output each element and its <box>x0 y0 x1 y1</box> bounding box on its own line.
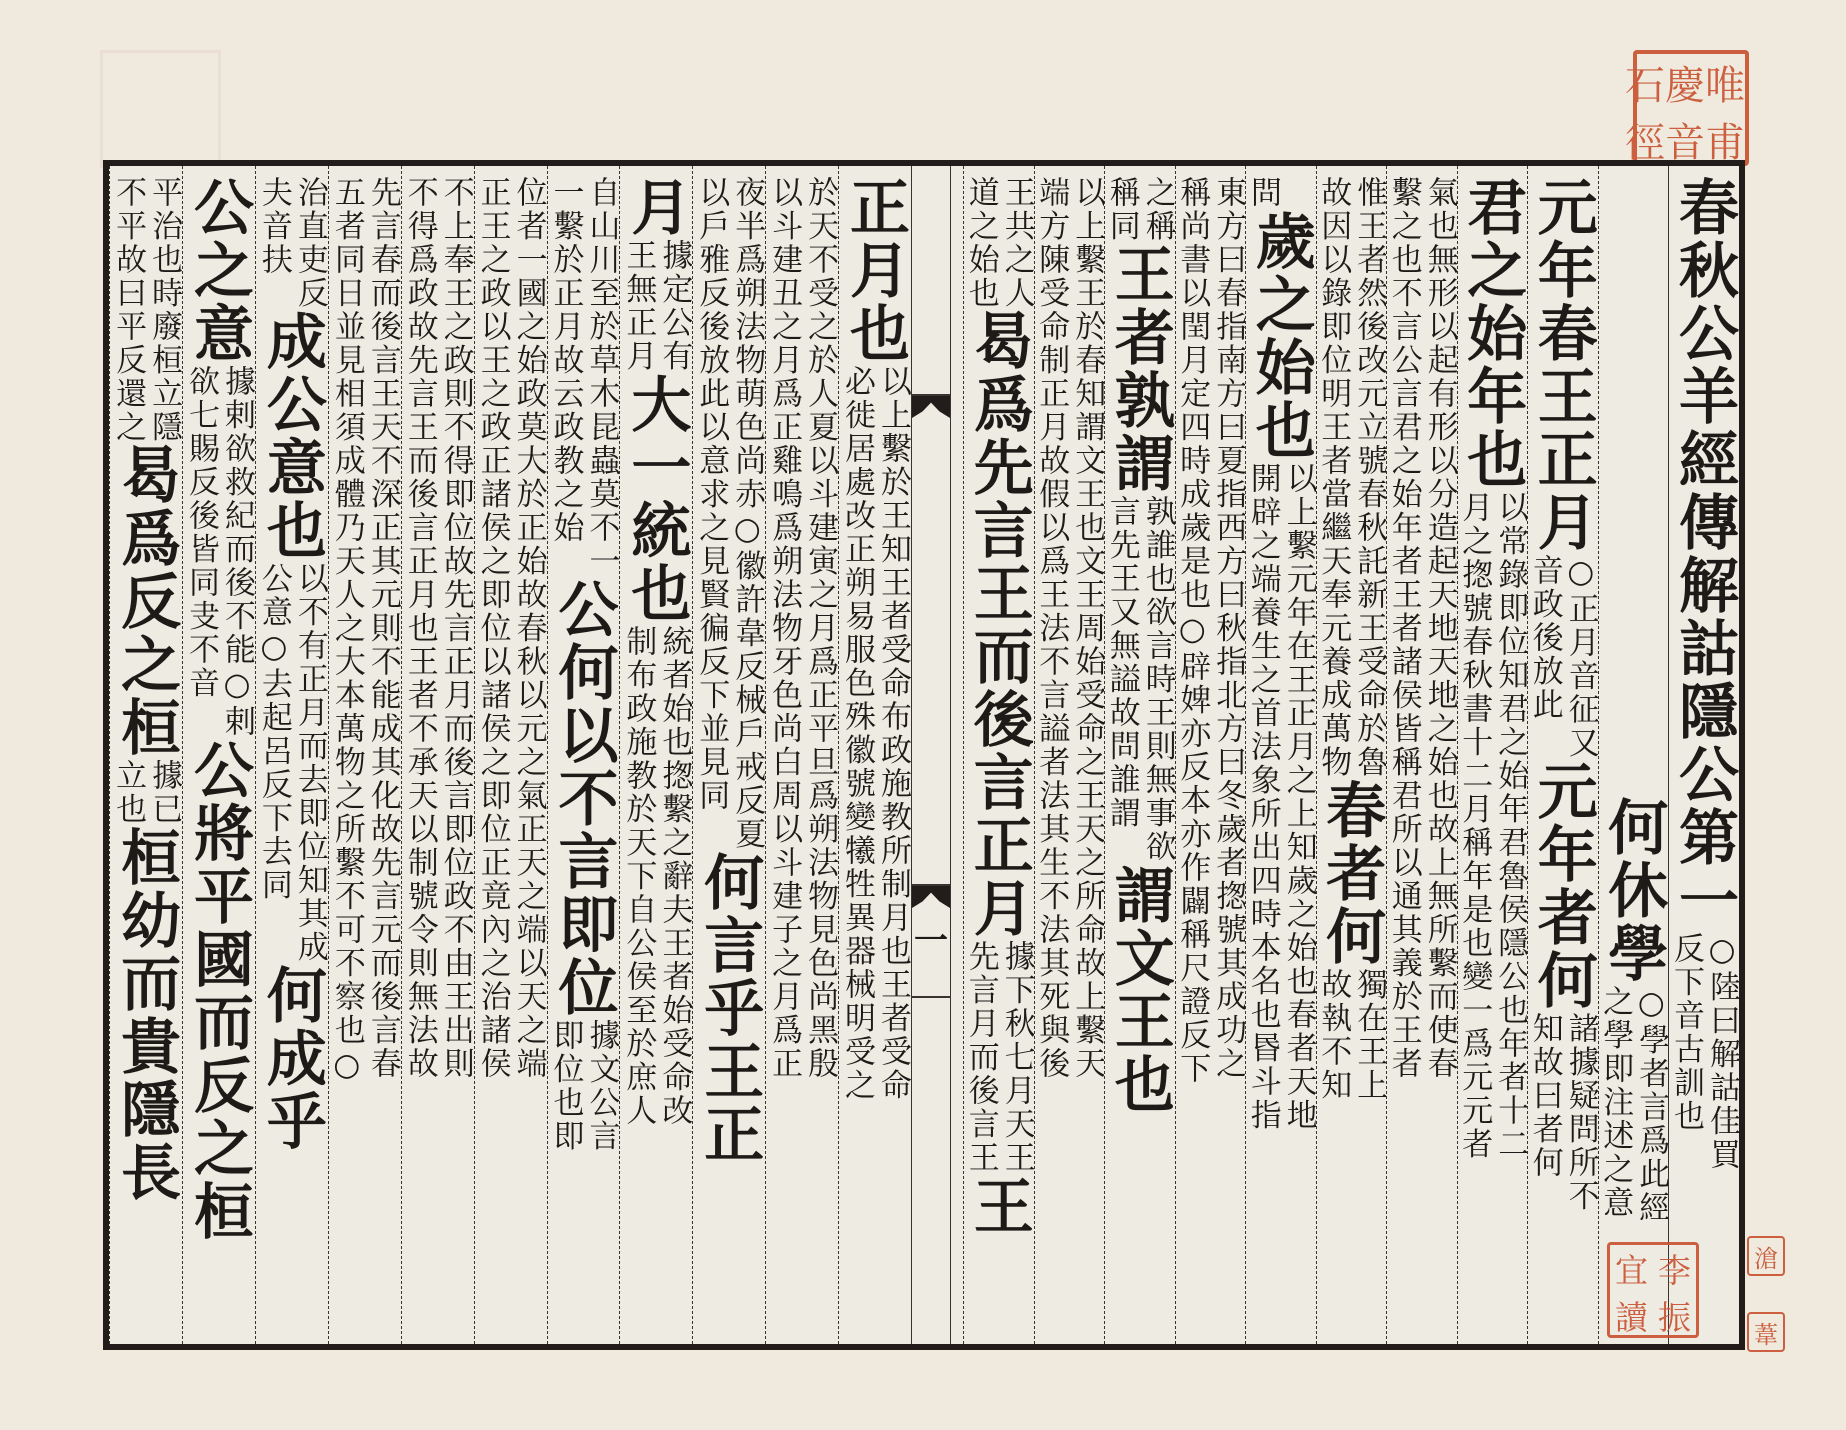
commentary-note: 東方曰春指南方曰夏指西方曰秋指北方曰冬歲者揔號其成功之稱尚書以閏月定四時成歲是也… <box>1176 176 1246 1086</box>
commentary-line: 知故曰者何 <box>1528 1012 1562 1213</box>
text-column: 元年春王正月○正月音征又音政後放此元年者何諸據疑問所不知故曰者何 <box>1527 166 1598 1344</box>
main-text: 君之始年也 <box>1457 176 1527 491</box>
text-column: 月據定公有王無正月大一統也統者始也揔繫之辭夫王者始受命改制布政施教於天下自公侯至… <box>619 166 692 1344</box>
commentary-line: 東方曰春指南方曰夏指西方曰秋指北方曰冬歲者揔號其成功之 <box>1211 176 1245 1086</box>
commentary-line: 不得爲政故先言王而後言正月也王者不承天以制號令則無法故 <box>403 176 437 1081</box>
main-text: 王 <box>964 1175 1034 1238</box>
commentary-note: 諸據疑問所不知故曰者何 <box>1528 1012 1598 1213</box>
small-seal-lower: 葦 <box>1747 1312 1785 1352</box>
commentary-note: 以上繫王於春知謂文王也文王周始受命之王天之所命故上繫天端方陳受命制正月故假以爲王… <box>1035 176 1105 1081</box>
commentary-line: 故因以錄即位明王者當繼天奉元養成萬物 <box>1316 176 1350 779</box>
commentary-line: 之學即注述之意 <box>1598 985 1632 1225</box>
text-column: 平治也時廢桓立隱不平故曰平反還之曷爲反之桓據已立也桓幼而貴隱長 <box>109 166 182 1344</box>
text-column: 於天不受之於人夏以斗建寅之月爲正平旦爲朔法物見色尚黑殷以斗建丑之月爲正雞鳴爲朔法… <box>765 166 838 1344</box>
commentary-note: 據定公有王無正月 <box>620 239 692 373</box>
commentary-line: 先言春而後言王天不深正其元則不能成其化故先言元而後言春 <box>366 176 400 1086</box>
main-text: 曷爲先言王而後言正月 <box>964 310 1034 940</box>
commentary-line: 反下音古訓也 <box>1669 932 1703 1172</box>
commentary-line: 問 <box>1246 176 1280 210</box>
commentary-line: 諸據疑問所不 <box>1564 1012 1598 1213</box>
main-text: 月 <box>621 176 691 239</box>
commentary-line: 之稱 <box>1141 176 1175 243</box>
commentary-line: 先言月而後言王 <box>964 940 998 1175</box>
text-column: 東方曰春指南方曰夏指西方曰秋指北方曰冬歲者揔號其成功之稱尚書以閏月定四時成歲是也… <box>1175 166 1246 1344</box>
commentary-line: 欲七賜反後皆同叏不音 <box>184 365 218 739</box>
commentary-line: 統者始也揔繫之辭夫王者始受命改 <box>657 625 691 1128</box>
commentary-line: 據定公有 <box>657 239 691 373</box>
main-text: 元年春王正月 <box>1528 176 1598 554</box>
commentary-note: 王共之人道之始也 <box>964 176 1034 310</box>
main-text: 謂文王也 <box>1105 864 1175 1116</box>
commentary-line: 治直吏反 <box>293 176 327 310</box>
main-text: 歲之始也 <box>1246 210 1316 462</box>
commentary-note: 據已立也 <box>110 759 182 826</box>
commentary-note: ○正月音征又音政後放此 <box>1528 554 1598 760</box>
commentary-note: 惟王者然後改元立號春秋託新王受命於魯故因以錄即位明王者當繼天奉元養成萬物 <box>1317 176 1387 779</box>
commentary-line: 一繫於正月故云政教之始 <box>548 176 582 578</box>
main-text: 王者孰謂 <box>1105 243 1175 495</box>
commentary-line: 必徙居處改正朔易服色殊徽號變犧牲異器械明受之 <box>840 365 874 1102</box>
seal-char: 宜 <box>1615 1245 1648 1292</box>
commentary-line: 據文公言 <box>584 1019 618 1153</box>
commentary-note: 於天不受之於人夏以斗建寅之月爲正平旦爲朔法物見色尚黑殷以斗建丑之月爲正雞鳴爲朔法… <box>766 176 838 1081</box>
commentary-note: 自山川至於草木昆蟲莫不一一繫於正月故云政教之始 <box>548 176 620 578</box>
commentary-line: 稱同 <box>1105 176 1139 243</box>
commentary-line: 五者同日並見相須成體乃天人之大本萬物之所繫不可不察也○ <box>330 176 364 1086</box>
commentary-note: 據文公言即位也即 <box>548 1019 620 1153</box>
commentary-note: 不上奉王之政則不得即位故先言正月而後言即位政不由王出則不得爲政故先言王而後言正月… <box>402 176 474 1081</box>
main-text: 桓幼而貴隱長 <box>111 826 181 1204</box>
seal-char: 唯 <box>1705 54 1745 111</box>
commentary-line: 月之揔號春秋書十二月稱年是也變一爲元元者 <box>1457 491 1491 1161</box>
collector-seal-top: 唯 甫 慶 音 石 徑 <box>1633 50 1749 166</box>
commentary-note: 據剌欲救紀而後不能○剌欲七賜反後皆同叏不音 <box>183 365 255 739</box>
right-leaf: 春秋公羊經傳解詁隱公第一○陸曰解詁佳買反下音古訓也何休學○學者言爲此經之學即注述… <box>949 166 1739 1344</box>
commentary-note: 以上繫元年在王正月之上知歲之始也春者天地開辟之端養生之首法象所出四時本名也昬斗指 <box>1246 462 1316 1132</box>
commentary-line: 以戶雅反後放此以意求之見賢徧反下並見同 <box>694 176 728 851</box>
commentary-line: 稱尚書以閏月定四時成歲是也○辟婢亦反本亦作闢稱尺證反下 <box>1175 176 1209 1086</box>
commentary-line: 故執不知 <box>1316 968 1350 1102</box>
commentary-line: 據已 <box>147 759 181 826</box>
main-text: 成公意也 <box>257 310 327 562</box>
main-text: 公何以不言即位 <box>548 578 618 1019</box>
commentary-note: ○陸曰解詁佳買反下音古訓也 <box>1669 932 1739 1172</box>
upper-fish-tail-icon <box>912 396 950 418</box>
commentary-line: ○陸曰解詁佳買 <box>1705 932 1739 1172</box>
text-column: 問歲之始也以上繫元年在王正月之上知歲之始也春者天地開辟之端養生之首法象所出四時本… <box>1245 166 1316 1344</box>
seal-char: 滄 <box>1754 1239 1778 1274</box>
main-text: 春者何 <box>1316 779 1386 968</box>
commentary-line: 以上繫王於春知謂文王也文王周始受命之王天之所命故上繫天 <box>1070 176 1104 1081</box>
commentary-line: 制布政施教於天下自公侯至於庶人 <box>621 625 655 1128</box>
commentary-line: 繫之也不言公言君之始年者王者諸侯皆稱君所以通其義於王者 <box>1387 176 1421 1081</box>
commentary-note: 先言春而後言王天不深正其元則不能成其化故先言元而後言春五者同日並見相須成體乃天人… <box>329 176 401 1086</box>
commentary-line: 公意○去起呂反下去同 <box>257 562 291 964</box>
commentary-note: 以常錄即位知君之始年君魯侯隱公也年者十二月之揔號春秋書十二月稱年是也變一爲元元者 <box>1458 491 1528 1161</box>
text-column: 何休學○學者言爲此經之學即注述之意 <box>1598 166 1669 1344</box>
commentary-note: 氣也無形以起有形以分造起天地天地之始也故上無所繫而使春繫之也不言公言君之始年者王… <box>1387 176 1457 1081</box>
commentary-line: 道之始也 <box>964 176 998 310</box>
chapter-title: 春秋公羊經傳解詁隱公第一 <box>1669 176 1739 932</box>
commentary-line: 惟王者然後改元立號春秋託新王受命於魯 <box>1352 176 1386 779</box>
commentary-line: 夜半爲朔法物萌色尚赤○徽許韋反械戶戒反夏 <box>730 176 764 851</box>
small-seal-upper: 滄 <box>1747 1236 1785 1276</box>
commentary-note: 孰誰也欲言時王則無事欲言先王又無謚故問誰謂 <box>1105 495 1175 864</box>
commentary-note: 獨在王上故執不知 <box>1317 968 1387 1102</box>
seal-char: 振 <box>1658 1292 1691 1339</box>
commentary-line: 王無正月 <box>621 239 655 373</box>
main-text: 元年者何 <box>1528 760 1598 1012</box>
commentary-line: 不上奉王之政則不得即位故先言正月而後言即位政不由王出則 <box>439 176 473 1081</box>
text-column: 治直吏反夫音扶成公意也以不有正月而去即位知其成公意○去起呂反下去同何成乎 <box>255 166 328 1344</box>
seal-char: 慶 <box>1665 54 1705 111</box>
commentary-line: 據下秋七月天王 <box>1000 940 1034 1175</box>
text-column: 位者一國之始政莫大於正始故春秋以元之氣正天之端以天之端正王之政以王之政正諸侯之即… <box>474 166 547 1344</box>
commentary-note: 平治也時廢桓立隱不平故曰平反還之 <box>110 176 182 444</box>
text-column: 公之意據剌欲救紀而後不能○剌欲七賜反後皆同叏不音公將平國而反之桓 <box>182 166 255 1344</box>
text-column: 之稱稱同王者孰謂孰誰也欲言時王則無事欲言先王又無謚故問誰謂謂文王也 <box>1104 166 1175 1344</box>
commentary-line: 王共之人 <box>1000 176 1034 310</box>
commentary-line: 自山川至於草木昆蟲莫不一 <box>584 176 618 578</box>
commentary-line: ○正月音征又 <box>1564 554 1598 760</box>
text-column: 惟王者然後改元立號春秋託新王受命於魯故因以錄即位明王者當繼天奉元養成萬物春者何獨… <box>1316 166 1387 1344</box>
commentary-line: 不平故曰平反還之 <box>111 176 145 444</box>
center-fold: 一 <box>911 166 951 1344</box>
commentary-line: 以常錄即位知君之始年君魯侯隱公也年者十二 <box>1493 491 1527 1161</box>
commentary-line: 以斗建丑之月爲正雞鳴爲朔法物牙色尚白周以斗建子之月爲正 <box>767 176 801 1081</box>
commentary-line: 開辟之端養生之首法象所出四時本名也昬斗指 <box>1246 462 1280 1132</box>
seal-char: 石 <box>1625 54 1665 111</box>
text-column: 春秋公羊經傳解詁隱公第一○陸曰解詁佳買反下音古訓也 <box>1668 166 1739 1344</box>
collector-seal-reader: 李 振 宜 讀 <box>1607 1242 1699 1338</box>
commentary-line: 氣也無形以起有形以分造起天地天地之始也故上無所繫而使春 <box>1423 176 1457 1081</box>
faded-seal-impression <box>100 50 221 168</box>
page-frame: 春秋公羊經傳解詁隱公第一○陸曰解詁佳買反下音古訓也何休學○學者言爲此經之學即注述… <box>103 160 1745 1350</box>
blank-space <box>1599 176 1669 796</box>
commentary-line: 於天不受之於人夏以斗建寅之月爲正平旦爲朔法物見色尚黑殷 <box>803 176 837 1081</box>
lower-fish-tail-icon <box>912 886 950 908</box>
fold-rule <box>912 884 950 886</box>
main-text: 大一統也 <box>621 373 691 625</box>
commentary-line: 獨在王上 <box>1352 968 1386 1102</box>
left-leaf: 正月也以上繫於王知王者受命布政施教所制月也王者受命必徙居處改正朔易服色殊徽號變犧… <box>109 166 911 1344</box>
commentary-line: 音政後放此 <box>1528 554 1562 760</box>
text-column: 以上繫王於春知謂文王也文王周始受命之王天之所命故上繫天端方陳受命制正月故假以爲王… <box>1034 166 1105 1344</box>
commentary-line: 端方陳受命制正月故假以爲王法不言謚者法其生不法其死與後 <box>1034 176 1068 1081</box>
commentary-note: 統者始也揔繫之辭夫王者始受命改制布政施教於天下自公侯至於庶人 <box>620 625 692 1128</box>
text-column: 自山川至於草木昆蟲莫不一一繫於正月故云政教之始公何以不言即位據文公言即位也即 <box>547 166 620 1344</box>
commentary-line: 立也 <box>111 759 145 826</box>
commentary-line: ○學者言爲此經 <box>1634 985 1668 1225</box>
main-text: 曷爲反之桓 <box>111 444 181 759</box>
main-text: 何成乎 <box>257 964 327 1153</box>
commentary-line: 正王之政以王之政正諸侯之即位以諸侯之即位正竟內之治諸侯 <box>476 176 510 1081</box>
commentary-note: 治直吏反夫音扶 <box>256 176 328 310</box>
seal-char: 葦 <box>1754 1315 1778 1350</box>
main-text: 公之意 <box>184 176 254 365</box>
main-text: 何言乎王正 <box>694 851 764 1166</box>
text-column: 君之始年也以常錄即位知君之始年君魯侯隱公也年者十二月之揔號春秋書十二月稱年是也變… <box>1457 166 1528 1344</box>
main-text: 正月也 <box>840 176 910 365</box>
main-text: 何休學 <box>1598 796 1668 985</box>
commentary-line: 據剌欲救紀而後不能○剌 <box>220 365 254 739</box>
main-text: 公將平國而反之桓 <box>184 739 254 1243</box>
fold-rule <box>912 996 950 998</box>
commentary-line: 平治也時廢桓立隱 <box>147 176 181 444</box>
commentary-line: 即位也即 <box>548 1019 582 1153</box>
commentary-note: 夜半爲朔法物萌色尚赤○徽許韋反械戶戒反夏以戶雅反後放此以意求之見賢徧反下並見同 <box>693 176 765 851</box>
commentary-note: 據下秋七月天王先言月而後言王 <box>964 940 1034 1175</box>
commentary-line: 位者一國之始政莫大於正始故春秋以元之氣正天之端以天之端 <box>512 176 546 1081</box>
text-column: 王共之人道之始也曷爲先言王而後言正月據下秋七月天王先言月而後言王王 <box>963 166 1034 1344</box>
text-column: 夜半爲朔法物萌色尚赤○徽許韋反械戶戒反夏以戶雅反後放此以意求之見賢徧反下並見同何… <box>692 166 765 1344</box>
commentary-line: 言先王又無謚故問誰謂 <box>1105 495 1139 864</box>
commentary-note: 以不有正月而去即位知其成公意○去起呂反下去同 <box>256 562 328 964</box>
seal-char: 讀 <box>1615 1292 1648 1339</box>
commentary-note: ○學者言爲此經之學即注述之意 <box>1599 985 1669 1225</box>
page-number: 一 <box>912 924 950 958</box>
commentary-line: 以上繫於王知王者受命布政施教所制月也王者受命 <box>876 365 910 1102</box>
seal-char: 李 <box>1658 1245 1691 1292</box>
commentary-line <box>1282 176 1316 210</box>
commentary-line: 以不有正月而去即位知其成 <box>293 562 327 964</box>
text-column: 不上奉王之政則不得即位故先言正月而後言即位政不由王出則不得爲政故先言王而後言正月… <box>401 166 474 1344</box>
commentary-line: 夫音扶 <box>257 176 291 310</box>
commentary-note: 位者一國之始政莫大於正始故春秋以元之氣正天之端以天之端正王之政以王之政正諸侯之即… <box>475 176 547 1081</box>
commentary-note: 之稱稱同 <box>1105 176 1175 243</box>
commentary-note: 以上繫於王知王者受命布政施教所制月也王者受命必徙居處改正朔易服色殊徽號變犧牲異器… <box>839 365 911 1102</box>
text-column: 先言春而後言王天不深正其元則不能成其化故先言元而後言春五者同日並見相須成體乃天人… <box>328 166 401 1344</box>
commentary-line: 孰誰也欲言時王則無事欲 <box>1141 495 1175 864</box>
commentary-note: 問 <box>1246 176 1316 210</box>
text-column: 正月也以上繫於王知王者受命布政施教所制月也王者受命必徙居處改正朔易服色殊徽號變犧… <box>838 166 911 1344</box>
fold-rule <box>912 394 950 396</box>
text-column: 氣也無形以起有形以分造起天地天地之始也故上無所繫而使春繫之也不言公言君之始年者王… <box>1386 166 1457 1344</box>
commentary-line: 以上繫元年在王正月之上知歲之始也春者天地 <box>1282 462 1316 1132</box>
